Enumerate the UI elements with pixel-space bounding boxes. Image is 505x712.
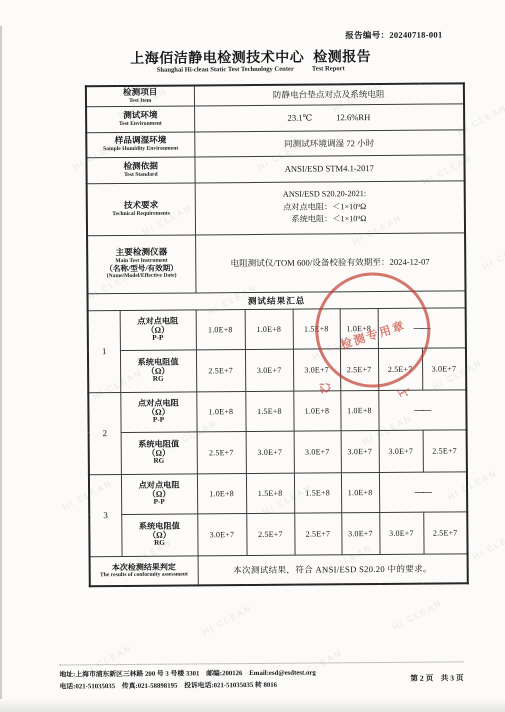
test-item-label: 检测项目 Test Item <box>86 85 194 106</box>
report-table: 检测项目 Test Item 防静电台垫点对点及系统电阻 测试环境 Test E… <box>85 82 469 587</box>
info-row-main-instrument: 主要检测仪器 Main Test Instrument （名称/型号/有效期） … <box>87 232 466 293</box>
test-environment-value: 23.1℃ 12.6%RH <box>194 103 464 131</box>
result-cell: 1.0E+8 <box>197 473 246 513</box>
result-cell: 3.0E+7 <box>379 430 423 472</box>
info-row-sample-humidity: 样品调湿环境 Sample Humidity Environment 同测试环境… <box>86 129 464 157</box>
result-cell: 3.0E+7 <box>293 348 340 390</box>
conclusion-row: 本次检测结果判定 The results of conformity asses… <box>90 553 468 586</box>
result-cell: 1.0E+8 <box>196 391 245 431</box>
page-indicator: 第 2 页 共 3 页 <box>391 666 463 690</box>
result-cell: 1.0E+8 <box>341 472 379 512</box>
sample-humidity-label: 样品调湿环境 Sample Humidity Environment <box>86 132 194 158</box>
result-cell: 2.5E+7 <box>197 431 246 473</box>
group2-system-row: 系统电阻值 （Ω） RG 2.5E+7 3.0E+7 3.0E+7 3.0E+7… <box>89 429 467 474</box>
result-cell: 3.0E+7 <box>245 349 293 391</box>
technical-requirements-value: ANSI/ESD S20.20-2021: 点对点电阻：＜1×10⁹Ω 系统电阻… <box>195 180 465 234</box>
test-standard-value: ANSI/ESD STM4.1-2017 <box>194 154 464 182</box>
footer-contact-block: 地址:上海市浦东新区三林路 200 号 3 号楼 3301 邮编:200126 … <box>59 667 391 693</box>
group3-ptp-label: 点对点电阻 （Ω） P-P <box>121 474 197 515</box>
result-cell: 1.5E+8 <box>294 472 341 512</box>
environment-temperature: 23.1℃ <box>287 112 312 123</box>
group2-system-label: 系统电阻值 （Ω） RG <box>121 432 197 475</box>
footer-phone-line: 电话:021-51035035 传真:021-58898195 投诉电话:021… <box>60 679 392 693</box>
result-cell: 2.5E+7 <box>294 512 341 554</box>
scan-content: 报告编号：20240718-001 上海佰洁静电检测技术中心 检测报告 Shan… <box>0 0 505 712</box>
report-title-suffix: 检测报告 <box>313 46 371 66</box>
group1-ptp-row: 1 点对点电阻 （Ω） P-P 1.0E+8 1.0E+8 1.5E+8 1.0… <box>88 307 466 350</box>
group2-ptp-dash-cell: —— <box>378 389 466 430</box>
result-cell: 3.0E+7 <box>341 430 379 472</box>
result-cell: 3.0E+7 <box>422 347 466 389</box>
info-row-test-standard: 检测依据 Test Standard ANSI/ESD STM4.1-2017 <box>86 154 464 183</box>
report-number-value: 20240718-001 <box>389 29 442 39</box>
group3-number: 3 <box>89 474 122 556</box>
test-environment-label: 测试环境 Test Environment <box>86 106 194 133</box>
result-cell: 1.0E+8 <box>196 309 245 349</box>
group3-ptp-dash-cell: —— <box>379 471 467 512</box>
result-cell: 2.5E+7 <box>246 513 294 555</box>
group1-system-label: 系统电阻值 （Ω） RG <box>120 350 196 393</box>
group1-system-row: 系统电阻值 （Ω） RG 2.5E+7 3.0E+7 3.0E+7 2.5E+7… <box>88 347 466 392</box>
result-cell: 3.0E+7 <box>246 431 294 473</box>
main-instrument-label: 主要检测仪器 Main Test Instrument （名称/型号/有效期） … <box>87 235 195 294</box>
info-row-test-environment: 测试环境 Test Environment 23.1℃ 12.6%RH <box>86 103 464 132</box>
report-number: 报告编号：20240718-001 <box>345 28 442 41</box>
result-cell: 1.5E+8 <box>245 391 293 431</box>
technical-requirements-label: 技术要求 Technical Requirements <box>87 183 195 236</box>
result-cell: 1.0E+8 <box>340 390 378 430</box>
result-cell: 3.0E+7 <box>197 513 246 555</box>
group1-ptp-label: 点对点电阻 （Ω） P-P <box>120 310 196 351</box>
result-cell: 3.0E+7 <box>341 512 379 554</box>
group3-system-row: 系统电阻值 （Ω） RG 3.0E+7 2.5E+7 2.5E+7 3.0E+7… <box>89 511 467 556</box>
sample-humidity-value: 同测试环境调湿 72 小时 <box>194 129 464 156</box>
result-cell: 2.5E+7 <box>378 348 422 390</box>
result-cell: 1.0E+8 <box>340 308 378 348</box>
group3-system-label: 系统电阻值 （Ω） RG <box>121 514 197 557</box>
report-subtitle-center-name: Shanghai Hi-clean Static Test Technology… <box>157 66 294 74</box>
group2-number: 2 <box>88 392 121 474</box>
result-cell: 1.5E+8 <box>293 308 340 348</box>
info-row-technical-requirements: 技术要求 Technical Requirements ANSI/ESD S20… <box>87 180 465 235</box>
main-instrument-value: 电阻测试仪/TOM 600/设备校验有效期至：2024-12-07 <box>195 232 465 292</box>
group3-ptp-row: 3 点对点电阻 （Ω） P-P 1.0E+8 1.5E+8 1.5E+8 1.0… <box>89 471 467 514</box>
result-cell: 3.0E+7 <box>379 512 423 554</box>
group2-ptp-label: 点对点电阻 （Ω） P-P <box>120 392 196 433</box>
result-cell: 2.5E+7 <box>196 349 245 391</box>
tech-req-system-line: 系统电阻：＜1×10⁹Ω <box>283 213 366 226</box>
group1-ptp-dash-cell: —— <box>378 307 466 348</box>
test-item-value: 防静电台垫点对点及系统电阻 <box>194 83 464 105</box>
test-standard-label: 检测依据 Test Standard <box>86 157 194 184</box>
conclusion-label: 本次检测结果判定 The results of conformity asses… <box>90 556 198 587</box>
result-cell: 2.5E+7 <box>423 511 467 553</box>
page-footer: 地址:上海市浦东新区三林路 200 号 3 号楼 3301 邮编:200126 … <box>59 661 463 693</box>
group1-number: 1 <box>88 310 121 392</box>
report-subtitle-suffix: Test Report <box>312 65 345 72</box>
environment-humidity: 12.6%RH <box>336 112 370 123</box>
report-page: HI CLEANHI CLEANHI CLEANHI CLEANHI CLEAN… <box>0 0 505 712</box>
tech-req-ptp-line: 点对点电阻：＜1×10⁹Ω <box>283 201 366 214</box>
result-cell: 1.0E+8 <box>245 309 293 349</box>
result-cell: 1.0E+8 <box>293 390 340 430</box>
group2-ptp-row: 2 点对点电阻 （Ω） P-P 1.0E+8 1.5E+8 1.0E+8 1.0… <box>88 389 466 432</box>
result-cell: 2.5E+7 <box>340 348 378 390</box>
result-cell: 1.5E+8 <box>246 473 294 513</box>
tech-req-standard-line: ANSI/ESD S20.20-2021: <box>283 188 366 201</box>
result-cell: 3.0E+7 <box>294 430 341 472</box>
report-title-center-name: 上海佰洁静电检测技术中心 <box>130 47 304 68</box>
report-number-label: 报告编号： <box>345 30 389 40</box>
result-cell: 2.5E+7 <box>423 429 467 471</box>
conclusion-value: 本次测试结果，符合 ANSI/ESD S20.20 中的要求。 <box>198 553 468 585</box>
